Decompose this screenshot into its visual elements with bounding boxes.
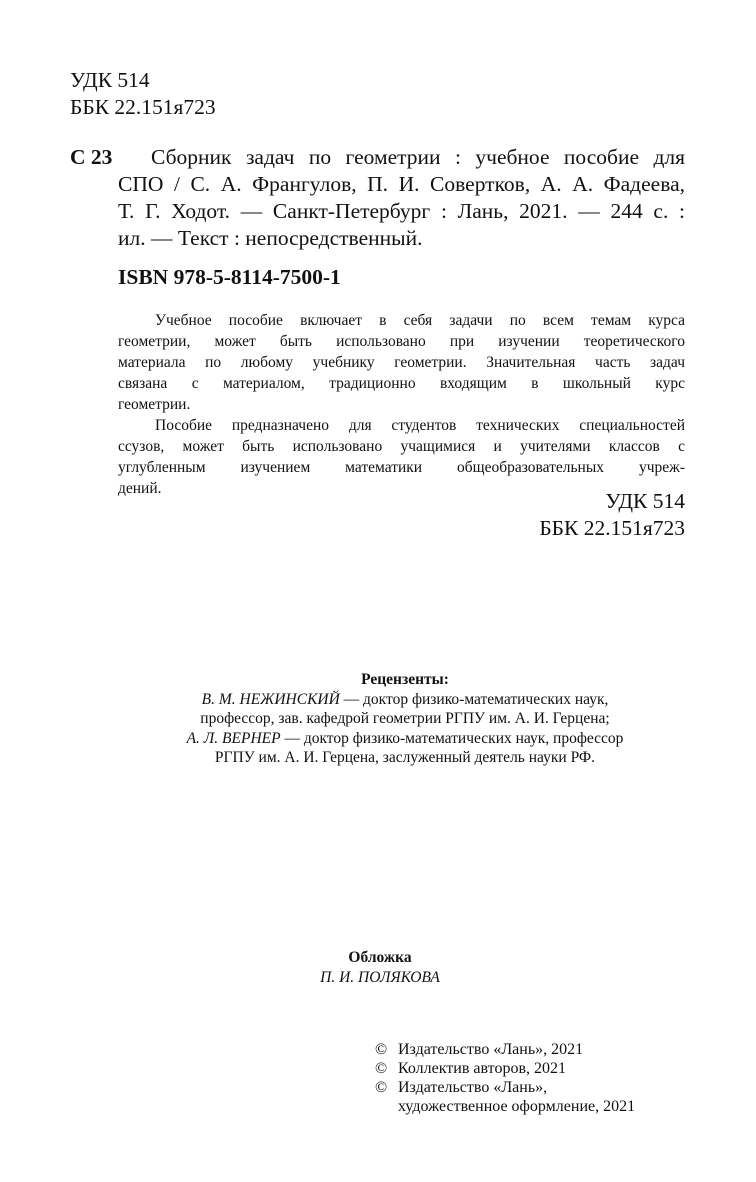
copyright-block: ©Издательство «Лань», 2021 ©Коллектив ав… [375,1040,635,1116]
abstract-line: геометрии, может быть использовано при и… [118,331,685,352]
abstract-line: ссузов, может быть использовано учащимис… [118,436,685,457]
abstract-line: Учебное пособие включает в себя задачи п… [118,310,685,331]
reviewer-entry: В. М. НЕЖИНСКИЙ — доктор физико-математи… [100,690,710,710]
abstract-line: материала по любому учебнику геометрии. … [118,352,685,373]
citation-line: Т. Г. Ходот. — Санкт-Петербург : Лань, 2… [118,198,685,225]
udk-code: УДК 514 [70,67,216,94]
copyright-item: ©Издательство «Лань», 2021 [375,1040,635,1059]
isbn: ISBN 978-5-8114-7500-1 [118,264,341,291]
udk-footer: УДК 514 ББК 22.151я723 [400,488,685,542]
udk-code: УДК 514 [400,488,685,515]
reviewer-entry: А. Л. ВЕРНЕР — доктор физико-математичес… [100,729,710,749]
reviewer-credentials: профессор, зав. кафедрой геометрии РГПУ … [100,709,710,729]
copyright-icon: © [375,1059,398,1078]
cover-credit: Обложка П. И. ПОЛЯКОВА [280,948,480,987]
author-sign-code: С 23 [70,144,112,171]
reviewer-name: А. Л. ВЕРНЕР [187,730,281,747]
abstract-line: связана с материалом, традиционно входящ… [118,373,685,394]
udk-header: УДК 514 ББК 22.151я723 [70,67,216,121]
abstract-line: геометрии. [118,394,685,415]
citation-line: Сборник задач по геометрии : учебное пос… [118,144,685,171]
reviewers-title: Рецензенты: [100,670,710,690]
copyright-item: ©Издательство «Лань», [375,1078,635,1097]
abstract: Учебное пособие включает в себя задачи п… [118,310,685,499]
bibliographic-citation: Сборник задач по геометрии : учебное пос… [118,144,685,252]
reviewer-credentials: — доктор физико-математических наук, [340,691,609,708]
bbk-code: ББК 22.151я723 [70,94,216,121]
cover-artist: П. И. ПОЛЯКОВА [280,968,480,988]
abstract-line: углубленным изучением математики общеобр… [118,457,685,478]
reviewers: Рецензенты: В. М. НЕЖИНСКИЙ — доктор физ… [100,670,710,768]
citation-line: СПО / С. А. Франгулов, П. И. Совертков, … [118,171,685,198]
copyright-continuation: художественное оформление, 2021 [375,1097,635,1116]
copyright-icon: © [375,1078,398,1097]
bbk-code: ББК 22.151я723 [400,515,685,542]
reviewer-credentials: — доктор физико-математических наук, про… [281,730,624,747]
reviewer-name: В. М. НЕЖИНСКИЙ [202,691,340,708]
abstract-line: Пособие предназначено для студентов техн… [118,415,685,436]
cover-title: Обложка [280,948,480,968]
citation-line: ил. — Текст : непосредственный. [118,225,685,252]
copyright-item: ©Коллектив авторов, 2021 [375,1059,635,1078]
copyright-icon: © [375,1040,398,1059]
reviewer-credentials: РГПУ им. А. И. Герцена, заслуженный деят… [100,748,710,768]
